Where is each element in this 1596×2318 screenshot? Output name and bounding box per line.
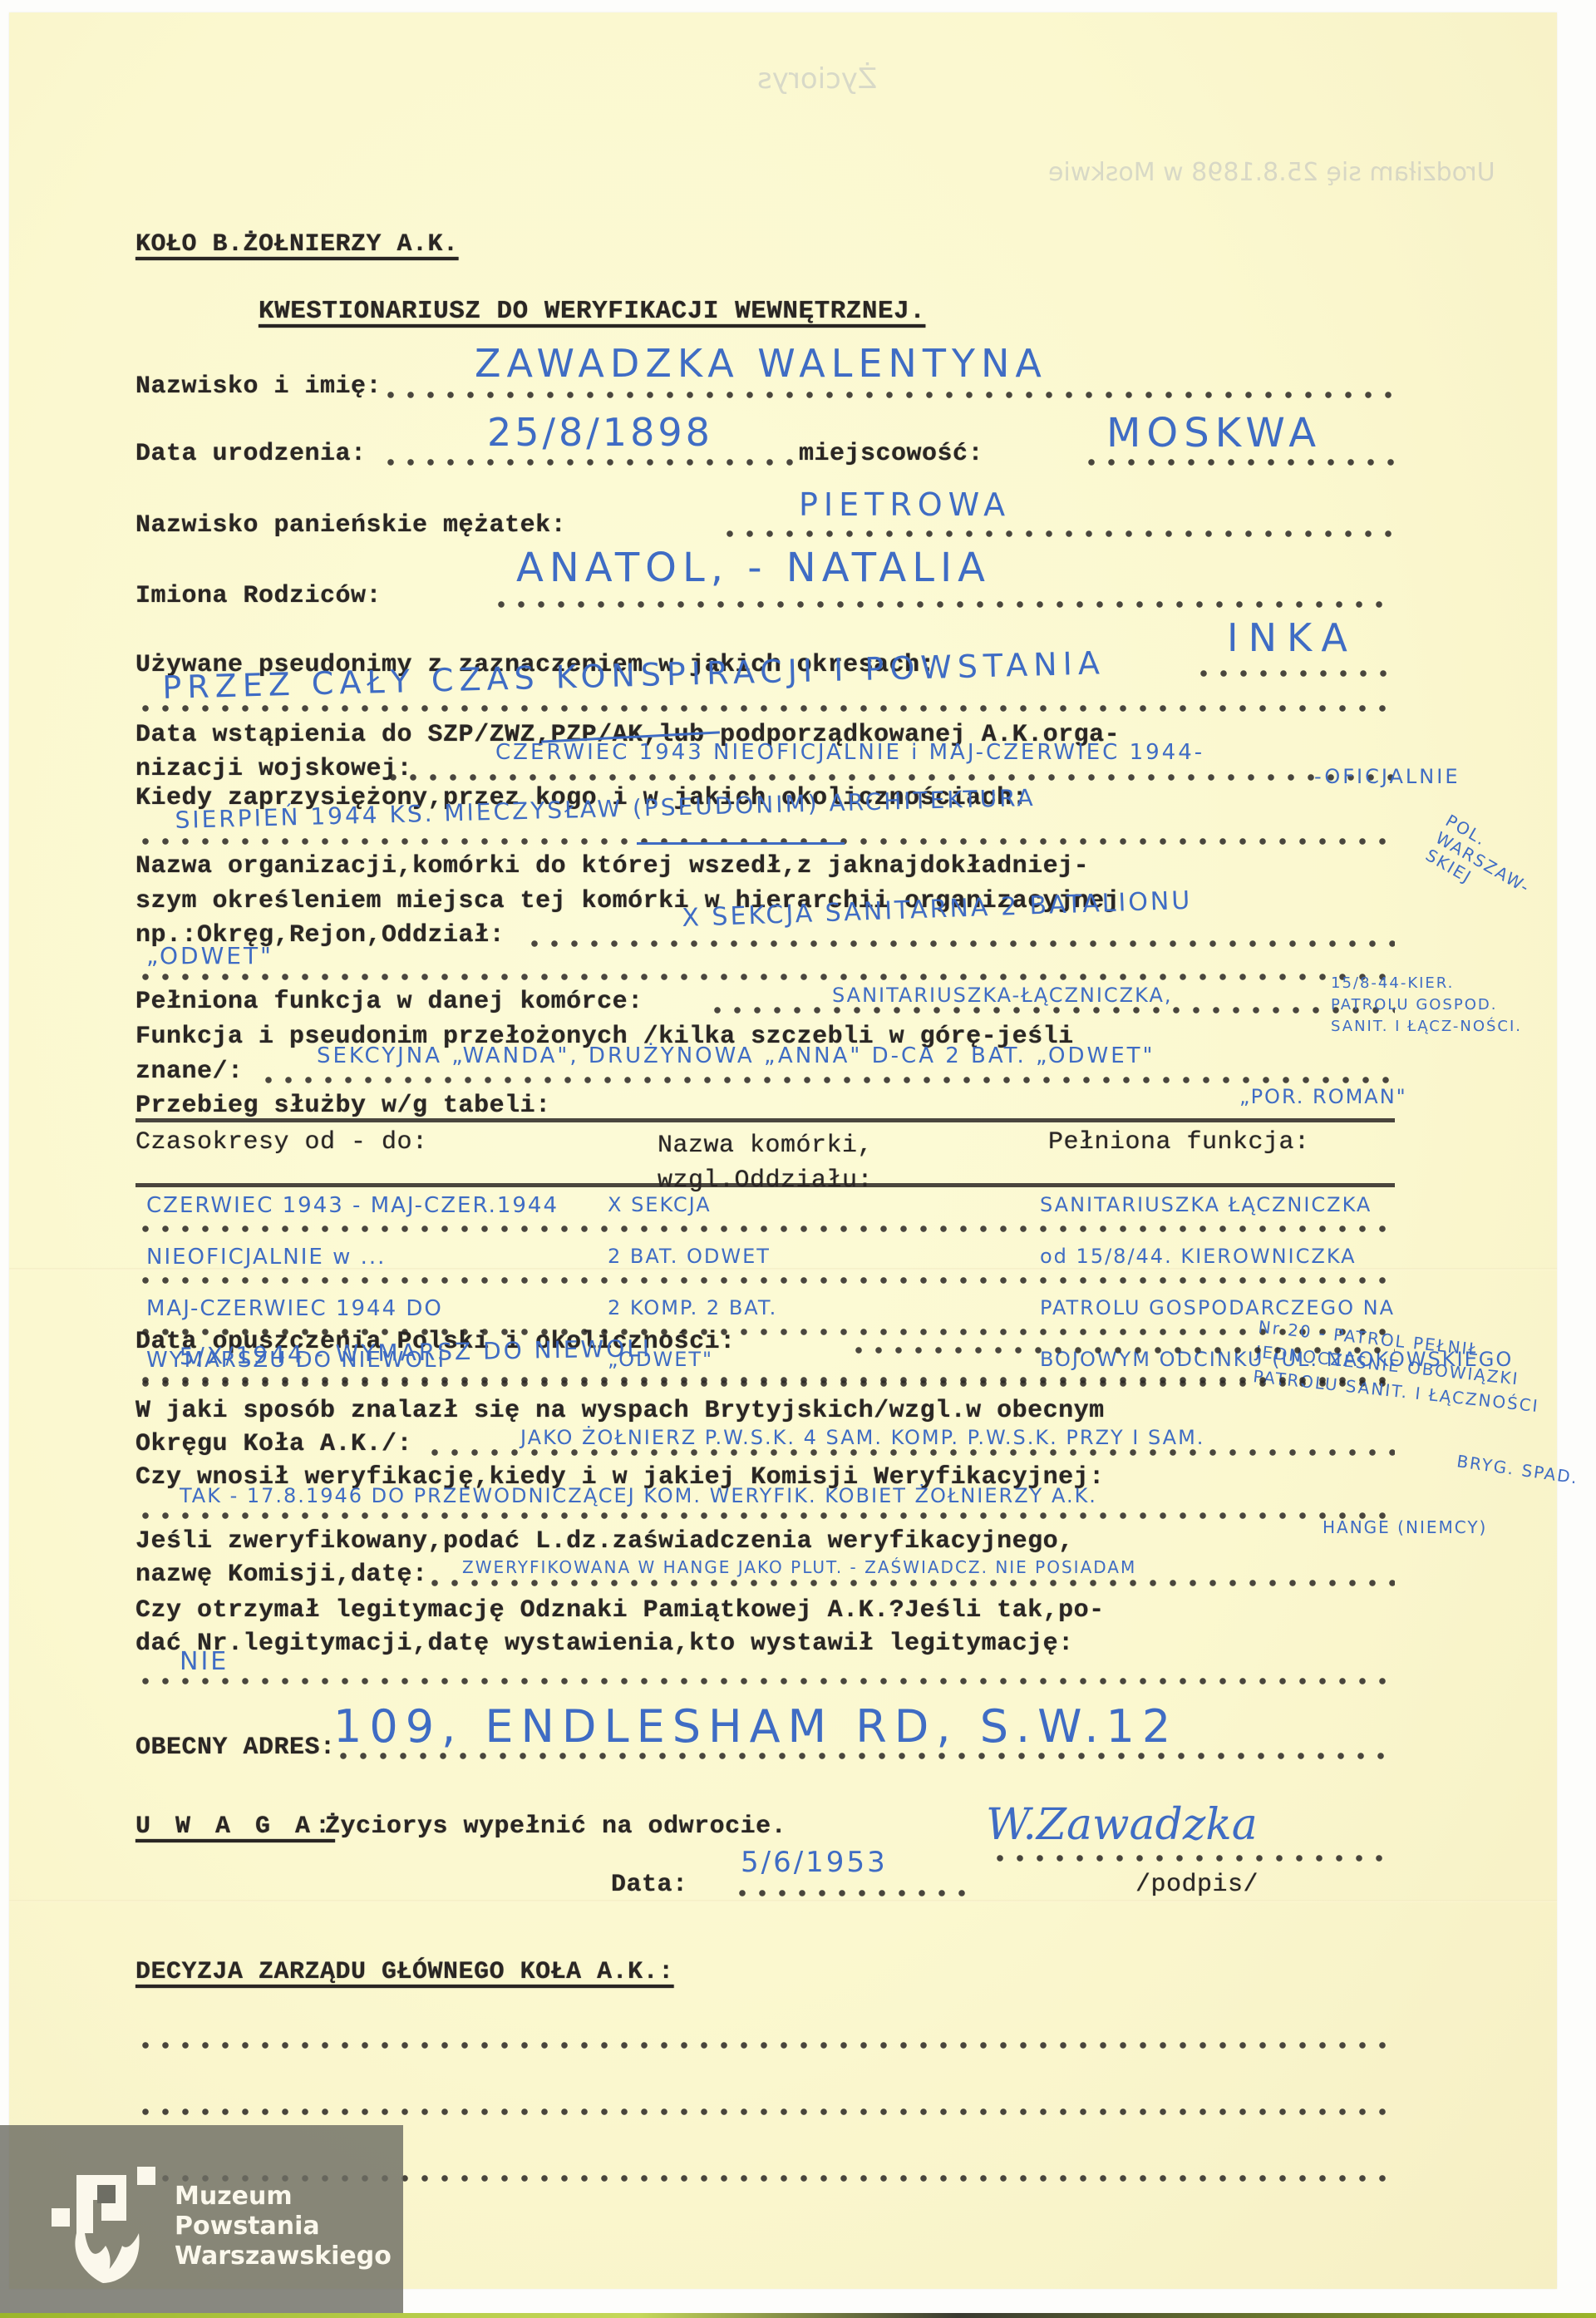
note-text: Życiorys wypełnić na odwrocie.: [325, 1812, 786, 1841]
form-title: KWESTIONARIUSZ DO WERYFIKACJI WEWNĘTRZNE…: [259, 297, 925, 326]
dotted-line: [381, 391, 1395, 399]
name-value[interactable]: ZAWADZKA WALENTYNA: [475, 341, 1047, 386]
oath-value-cont[interactable]: POL. WARSZAW-SKIEJ: [1422, 811, 1560, 925]
date-label: Data:: [611, 1871, 688, 1899]
organization-heading: KOŁO B.ŻOŁNIERZY A.K.: [135, 230, 459, 259]
table-cell: NIEOFICJALNIE w ...: [146, 1245, 386, 1270]
superiors-value[interactable]: SEKCYJNA „WANDA", DRUŻYNOWA „ANNA" D-CA …: [317, 1043, 1155, 1068]
kotwica-anchor-icon: [52, 2167, 155, 2283]
back-side-title: Życiorys: [757, 62, 877, 96]
dotted-line: [707, 1006, 1395, 1014]
dotted-line: [525, 940, 1395, 948]
table-cell: X SEKCJA: [608, 1193, 712, 1216]
dotted-line: [381, 458, 796, 466]
function-value-cont[interactable]: 15/8-44-KIER. PATROLU GOSPOD. SANIT. I Ł…: [1331, 973, 1539, 1038]
dotted-line: [259, 1076, 1395, 1084]
name-label: Nazwisko i imię:: [135, 372, 382, 401]
handwritten-underline: [637, 842, 845, 845]
service-label: Przebieg służby w/g tabeli:: [135, 1092, 551, 1120]
verification-value-cont[interactable]: HANGE (NIEMCY): [1323, 1517, 1487, 1537]
dotted-line: [135, 1677, 1395, 1685]
scan-edge: [0, 2313, 1596, 2318]
dotted-line: [990, 1854, 1395, 1862]
unit-value-2[interactable]: „ODWET": [146, 942, 273, 969]
cert-value[interactable]: ZWERYFIKOWANA W HANGE JAKO PLUT. - ZAŚWI…: [462, 1557, 1136, 1577]
table-cell: CZERWIEC 1943 - MAJ-CZER.1944: [146, 1193, 559, 1218]
dotted-line: [849, 1346, 1395, 1354]
superiors-label-2: znane/:: [135, 1058, 244, 1086]
dotted-line: [135, 1376, 1395, 1384]
function-label: Pełniona funkcja w danej komórce:: [135, 988, 643, 1016]
museum-name-line: Powstania: [175, 2212, 392, 2242]
museum-name-line: Warszawskiego: [175, 2242, 392, 2271]
maiden-name-label: Nazwisko panieńskie mężatek:: [135, 511, 566, 540]
museum-watermark: Muzeum Powstania Warszawskiego: [0, 2125, 403, 2318]
badge-label-1: Czy otrzymał legitymację Odznaki Pamiątk…: [135, 1596, 1105, 1625]
cert-label-1: Jeśli zweryfikowany,podać L.dz.zaświadcz…: [135, 1527, 1074, 1556]
birth-date-value[interactable]: 25/8/1898: [487, 410, 713, 455]
dotted-line: [720, 530, 1395, 538]
dotted-line: [425, 1448, 1395, 1457]
parents-label: Imiona Rodziców:: [135, 582, 382, 610]
decision-line: [135, 2041, 1395, 2049]
table-header-unit: Nazwa komórki, wzgl.Oddziału:: [658, 1128, 957, 1198]
arrival-value-cont[interactable]: BRYG. SPAD.: [1456, 1451, 1580, 1487]
dotted-line: [135, 1512, 1395, 1520]
verification-value[interactable]: TAK - 17.8.1946 DO PRZEWODNICZĄCEJ KOM. …: [180, 1484, 1097, 1507]
dotted-line: [135, 973, 1395, 981]
arrival-value[interactable]: JAKO ŻOŁNIERZ P.W.S.K. 4 SAM. KOMP. P.W.…: [520, 1426, 1204, 1449]
table-header-period: Czasokresy od - do:: [135, 1128, 428, 1157]
table-rule-top: [135, 1118, 1395, 1122]
address-value[interactable]: 109, ENDLESHAM RD, S.W.12: [333, 1700, 1178, 1753]
birth-place-label: miejscowość:: [799, 440, 983, 468]
dotted-line: [135, 1225, 1395, 1233]
function-value[interactable]: SANITARIUSZKA-ŁĄCZNICZKA,: [832, 984, 1172, 1007]
address-label: OBECNY ADRES:: [135, 1734, 336, 1762]
unit-label-1: Nazwa organizacji,komórki do której wsze…: [135, 852, 1089, 880]
badge-label-2: dać Nr.legitymacji,datę wystawienia,kto …: [135, 1630, 1074, 1658]
table-cell: od 15/8/44. KIEROWNICZKA: [1040, 1245, 1357, 1268]
dotted-line: [333, 1752, 1395, 1760]
parents-value[interactable]: ANATOL, - NATALIA: [516, 545, 991, 591]
signature: W.Zawadzka: [986, 1800, 1258, 1850]
decision-line: [135, 2108, 1395, 2116]
table-cell: MAJ-CZERWIEC 1944 DO: [146, 1296, 443, 1321]
joining-value[interactable]: CZERWIEC 1943 NIEOFICJALNIE i MAJ-CZERWI…: [495, 740, 1204, 765]
dotted-line: [383, 773, 1395, 782]
table-cell: 2 BAT. ODWET: [608, 1245, 771, 1268]
signature-caption: /podpis/: [1135, 1871, 1259, 1899]
birth-place-value[interactable]: MOSKWA: [1106, 410, 1322, 456]
table-row-overflow: Nr 20 - PATROL PEŁNIŁ JEDNOCZEŚNIE OBOWI…: [1252, 1314, 1574, 1421]
table-rule-header: [135, 1183, 1395, 1187]
joining-label-2: nizacji wojskowej:: [135, 755, 412, 783]
note-label: U W A G A:: [135, 1812, 335, 1841]
table-cell: SANITARIUSZKA ŁĄCZNICZKA: [1040, 1193, 1372, 1216]
dotted-line: [1194, 669, 1395, 678]
dotted-line: [732, 1889, 973, 1897]
badge-value[interactable]: NIE: [180, 1647, 229, 1676]
dotted-line: [425, 1579, 1395, 1587]
dotted-line: [135, 704, 1395, 713]
birth-date-label: Data urodzenia:: [135, 440, 367, 468]
dotted-line: [491, 600, 1395, 609]
date-value[interactable]: 5/6/1953: [741, 1846, 888, 1879]
document-page: Życiorys Urodziłam się 25.8.1898 w Moskw…: [9, 12, 1557, 2289]
back-side-line: Urodziłam się 25.8.1898 w Moskwie: [1048, 158, 1495, 187]
museum-name-line: Muzeum: [175, 2182, 392, 2212]
museum-name: Muzeum Powstania Warszawskiego: [175, 2182, 392, 2271]
maiden-name-value[interactable]: PIETROWA: [799, 486, 1011, 523]
arrival-label-1: W jaki sposób znalazł się na wyspach Bry…: [135, 1397, 1105, 1425]
table-cell: PATROLU GOSPODARCZEGO NA: [1040, 1296, 1395, 1319]
joining-value-cont[interactable]: -OFICJALNIE: [1314, 765, 1461, 788]
table-header-function: Pełniona funkcja:: [1048, 1128, 1310, 1157]
table-cell: 2 KOMP. 2 BAT.: [608, 1296, 777, 1319]
dotted-line: [1081, 458, 1395, 466]
dotted-line: [135, 1276, 1395, 1285]
paper-fold: [9, 1900, 1557, 1902]
decision-heading: DECYZJA ZARZĄDU GŁÓWNEGO KOŁA A.K.:: [135, 1958, 674, 1986]
pseudonyms-value[interactable]: INKA: [1227, 615, 1357, 660]
arrival-label-2: Okręgu Koła A.K./:: [135, 1430, 412, 1458]
cert-label-2: nazwę Komisji,datę:: [135, 1561, 428, 1589]
superiors-value-cont[interactable]: „POR. ROMAN": [1239, 1085, 1407, 1108]
